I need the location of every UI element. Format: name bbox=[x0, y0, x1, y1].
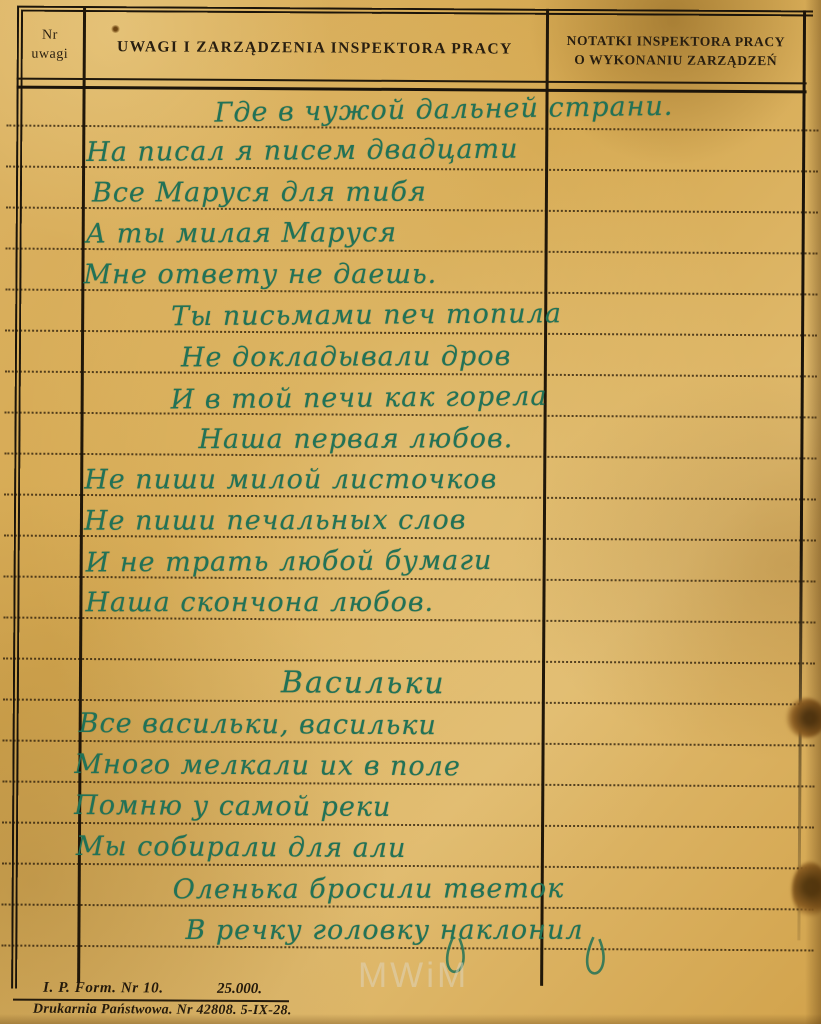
paper-sheet: Nr uwagi UWAGI I ZARZĄDZENIA INSPEKTORA … bbox=[0, 0, 821, 1024]
header-nr-line2: uwagi bbox=[17, 45, 83, 64]
header-col-remarks-title: UWAGI I ZARZĄDZENIA INSPEKTORA PRACY bbox=[87, 38, 543, 59]
header-nr-line1: Nr bbox=[17, 26, 83, 45]
handwritten-line: Наша скончона любов. bbox=[85, 587, 434, 618]
handwritten-line: Наша первая любов. bbox=[198, 423, 513, 455]
handwritten-line: Все Маруся для тибя bbox=[92, 177, 427, 209]
handwritten-line: Не докладывали дров bbox=[181, 341, 511, 373]
handwritten-line: Все васильки, васильки bbox=[79, 708, 437, 741]
handwritten-line: На писал я писем двадцати bbox=[86, 134, 519, 168]
footer-copies-count: 25.000. bbox=[217, 981, 262, 998]
handwritten-line: И в той печи как горела bbox=[171, 381, 548, 416]
handwritten-line: Мы собирали для али bbox=[76, 831, 407, 864]
handwritten-line: Оленька бросили тветок bbox=[173, 873, 565, 905]
handwritten-line: Не пиши печальных слов bbox=[84, 505, 467, 537]
handwritten-line: Много мелкали их в поле bbox=[74, 749, 461, 782]
handwritten-line: Мне ответу не даешь. bbox=[83, 259, 437, 290]
song-title: Васильки bbox=[281, 665, 446, 701]
ink-spot bbox=[111, 25, 120, 33]
handwritten-line: Не пиши милой листочков bbox=[84, 464, 497, 495]
header-col-notes-title: NOTATKI INSPEKTORA PRACY O WYKONANIU ZAR… bbox=[548, 31, 804, 71]
archive-watermark: MWiM bbox=[358, 956, 469, 996]
header-notes-line2: O WYKONANIU ZARZĄDZEŃ bbox=[548, 50, 804, 71]
header-notes-line1: NOTATKI INSPEKTORA PRACY bbox=[548, 31, 804, 52]
handwritten-line: И не трать любой бумаги bbox=[86, 545, 493, 578]
scanned-page: Nr uwagi UWAGI I ZARZĄDZENIA INSPEKTORA … bbox=[0, 0, 821, 1024]
header-col-nr: Nr uwagi bbox=[17, 26, 83, 64]
page-edge-shadow bbox=[805, 0, 821, 1024]
footer-form-number: I. P. Form. Nr 10. bbox=[43, 980, 164, 998]
page-bottom-shadow bbox=[0, 1014, 821, 1024]
handwritten-line: Помню у самой реки bbox=[74, 790, 391, 823]
handwritten-line: А ты милая Маруся bbox=[86, 217, 398, 249]
handwritten-line: Ты письмами печ топила bbox=[171, 298, 562, 332]
